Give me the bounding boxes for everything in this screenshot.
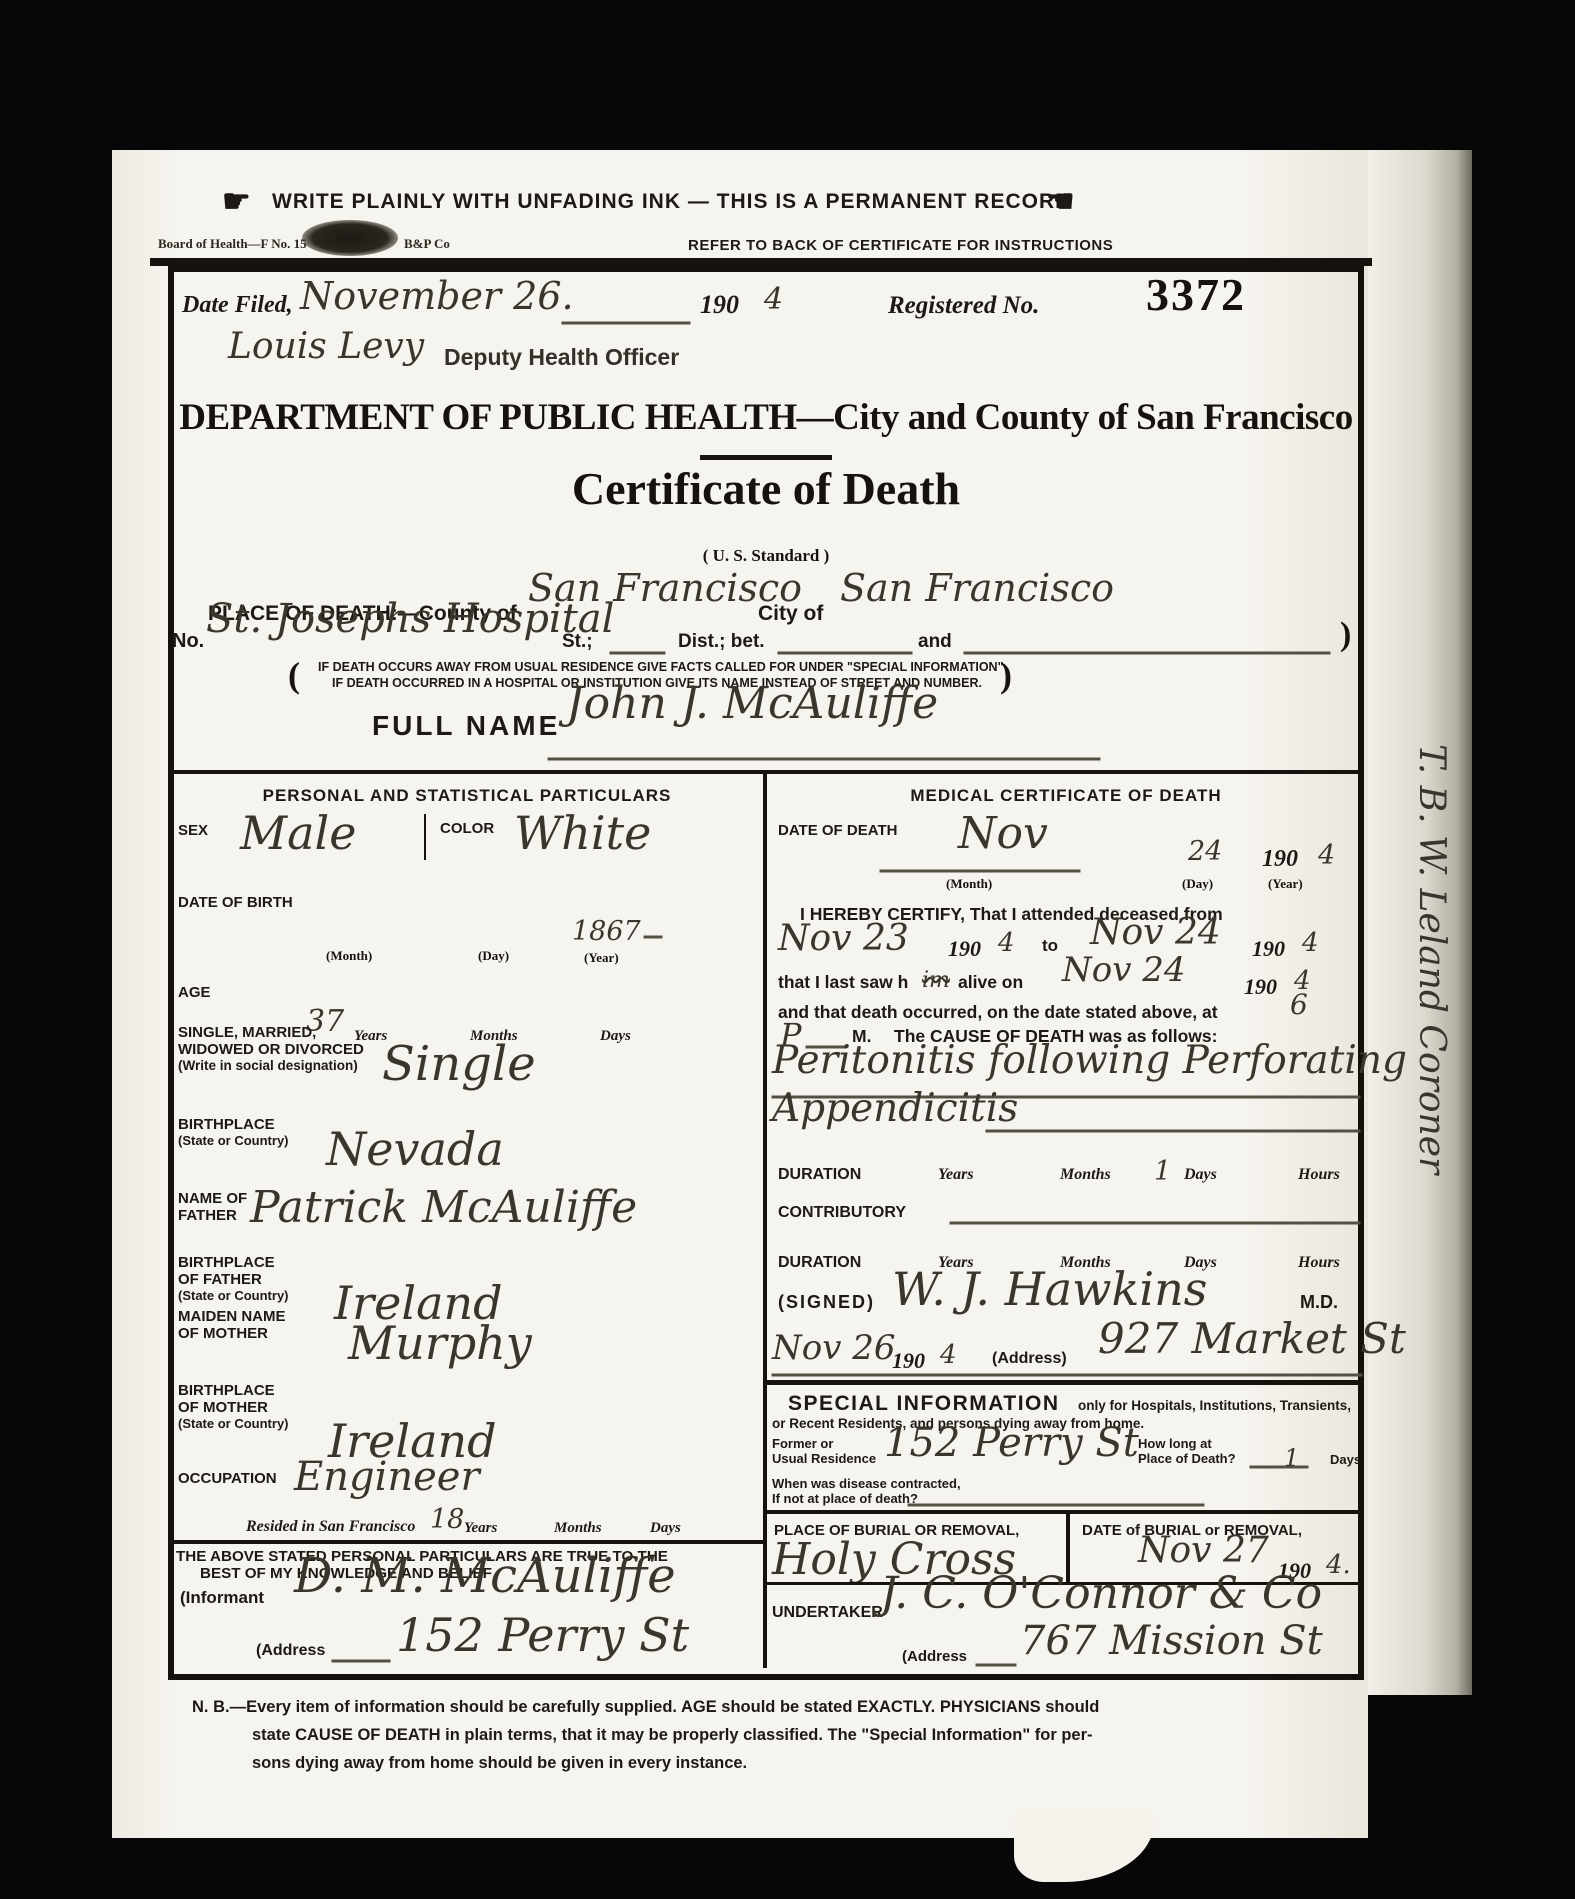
attended-to-year-digit: 4 xyxy=(1302,928,1319,958)
death-day-label: (Day) xyxy=(1182,876,1213,892)
father-birthplace-sub-label: (State or Country) xyxy=(178,1288,289,1303)
certificate-title: Certificate of Death xyxy=(168,462,1364,515)
signed-date: Nov 26 xyxy=(772,1328,896,1368)
duration-label: DURATION xyxy=(778,1166,861,1184)
street-label: St.; xyxy=(562,631,593,653)
contributory-label: CONTRIBUTORY xyxy=(778,1204,906,1222)
death-year-label: (Year) xyxy=(1268,876,1303,892)
year-preprint: 190 xyxy=(700,290,739,320)
attended-to-label: to xyxy=(1042,936,1058,956)
attended-to-year-preprint: 190 xyxy=(1252,936,1285,962)
undertaker-address-value: 767 Mission St xyxy=(1020,1618,1323,1664)
contracted-label-2: If not at place of death? xyxy=(772,1491,918,1506)
date-filed-label: Date Filed, xyxy=(182,292,293,319)
color-value: White xyxy=(514,806,651,860)
attest-rule xyxy=(168,1540,765,1544)
street-line xyxy=(610,652,665,654)
form-reference: Board of Health—F No. 15 xyxy=(158,236,307,252)
last-saw-pronoun: im xyxy=(922,968,950,993)
footnote-line-3: sons dying away from home should be give… xyxy=(252,1754,747,1773)
date-of-death-label: DATE OF DEATH xyxy=(778,822,897,839)
undertaker-value: J. C. O'Connor & Co xyxy=(880,1568,1322,1619)
cause-line-2: Appendicitis xyxy=(772,1086,1018,1131)
and-label: and xyxy=(918,631,952,653)
informant-address-label: (Address xyxy=(256,1642,325,1660)
signed-label: (SIGNED) xyxy=(778,1292,875,1313)
death-day-value: 24 xyxy=(1188,836,1222,867)
mother-maiden-value: Murphy xyxy=(348,1316,532,1370)
duration-months-label: Months xyxy=(1060,1166,1111,1184)
duration2-hours-label: Hours xyxy=(1298,1254,1340,1272)
duration-days-label: Days xyxy=(1184,1166,1217,1184)
former-residence-value: 152 Perry St xyxy=(884,1420,1139,1466)
undertaker-address-line xyxy=(976,1664,1016,1666)
form-reference-printer: B&P Co xyxy=(404,236,450,252)
and-line xyxy=(964,652,1330,654)
marital-label-1: SINGLE, MARRIED, xyxy=(178,1024,316,1041)
father-birthplace-label-1: BIRTHPLACE xyxy=(178,1254,275,1271)
sex-label: SEX xyxy=(178,822,208,839)
attended-from-year-digit: 4 xyxy=(998,928,1015,958)
coroner-margin-annotation: T. B. W. Leland Coroner xyxy=(1411,744,1452,1174)
father-name-label-2: FATHER xyxy=(178,1207,237,1224)
death-month-label: (Month) xyxy=(946,876,992,892)
year-digit: 4 xyxy=(764,282,783,317)
banner-title: WRITE PLAINLY WITH UNFADING INK — THIS I… xyxy=(272,190,1071,214)
occupation-value: Engineer xyxy=(294,1454,480,1500)
certificate-subtitle: ( U. S. Standard ) xyxy=(168,546,1364,566)
last-saw-year-preprint: 190 xyxy=(1244,974,1277,1000)
mother-birthplace-sub-label: (State or Country) xyxy=(178,1416,289,1431)
undertaker-label: UNDERTAKER xyxy=(772,1604,883,1622)
registered-label: Registered No. xyxy=(888,292,1039,320)
contracted-line xyxy=(908,1504,1204,1506)
heading-rule xyxy=(700,455,832,460)
column-divider xyxy=(763,770,767,1668)
color-tick xyxy=(424,814,426,860)
father-birthplace-label-2: OF FATHER xyxy=(178,1271,262,1288)
place-city-value: San Francisco xyxy=(840,566,1114,610)
medical-header: MEDICAL CERTIFICATE OF DEATH xyxy=(772,786,1360,806)
dob-month-label: (Month) xyxy=(326,948,372,964)
marital-value: Single xyxy=(382,1036,536,1092)
resided-years-value: 18 xyxy=(430,1504,464,1535)
how-long-days-label: Days xyxy=(1330,1452,1361,1467)
resided-years-label: Years xyxy=(464,1520,497,1537)
occupation-label: OCCUPATION xyxy=(178,1470,277,1487)
dob-year-label: (Year) xyxy=(584,950,619,966)
death-occurred-text: and that death occurred, on the date sta… xyxy=(778,1002,1218,1023)
special-title: SPECIAL INFORMATION xyxy=(788,1392,1060,1416)
former-residence-label-1: Former or xyxy=(772,1436,833,1451)
manicule-right-icon: ☛ xyxy=(222,182,251,220)
mother-maiden-label-2: OF MOTHER xyxy=(178,1325,268,1342)
personal-header: PERSONAL AND STATISTICAL PARTICULARS xyxy=(174,786,760,806)
informant-address-line xyxy=(332,1660,390,1662)
full-name-value: John J. McAuliffe xyxy=(566,678,938,729)
footnote-line-2: state CAUSE OF DEATH in plain terms, tha… xyxy=(252,1726,1093,1745)
death-year-preprint: 190 xyxy=(1262,846,1298,873)
birthplace-sub-label: (State or Country) xyxy=(178,1133,289,1148)
marital-label-3: (Write in social designation) xyxy=(178,1058,358,1073)
duration2-label: DURATION xyxy=(778,1254,861,1272)
special-top-rule xyxy=(767,1380,1364,1385)
age-label: AGE xyxy=(178,984,211,1001)
note-paren-open: ( xyxy=(288,654,300,696)
duration-hours-label: Hours xyxy=(1298,1166,1340,1184)
informant-signature: D. M. McAuliffe xyxy=(294,1548,676,1604)
scanned-death-certificate: ☛ WRITE PLAINLY WITH UNFADING INK — THIS… xyxy=(0,0,1575,1899)
date-filed-value: November 26. xyxy=(300,274,574,318)
page-curl xyxy=(1014,1810,1154,1882)
how-long-label-1: How long at xyxy=(1138,1436,1212,1451)
signed-year-preprint: 190 xyxy=(892,1348,925,1374)
top-rule xyxy=(150,258,1372,266)
manicule-left-icon: ☚ xyxy=(1046,182,1075,220)
father-name-label-1: NAME OF xyxy=(178,1190,247,1207)
death-year-digit: 4 xyxy=(1318,840,1335,871)
how-long-value: 1 xyxy=(1284,1444,1299,1472)
how-long-line xyxy=(1250,1466,1308,1468)
between-line xyxy=(778,652,912,654)
ink-stamp xyxy=(302,220,398,256)
last-saw-suffix: alive on xyxy=(958,972,1023,993)
physician-address-value: 927 Market St xyxy=(1098,1314,1406,1363)
informant-address-value: 152 Perry St xyxy=(396,1608,689,1662)
place-city-label: City of xyxy=(758,602,823,626)
birthplace-value: Nevada xyxy=(326,1122,504,1176)
department-heading: DEPARTMENT OF PUBLIC HEALTH—City and Cou… xyxy=(168,396,1364,439)
district-label: Dist.; bet. xyxy=(678,631,765,653)
footnote-line-1: N. B.—Every item of information should b… xyxy=(192,1698,1099,1717)
institution-value: St. Josephs Hospital xyxy=(206,596,614,642)
color-label: COLOR xyxy=(440,820,494,837)
father-name-value: Patrick McAuliffe xyxy=(250,1182,637,1233)
birth-year-value: 1867 xyxy=(572,916,641,947)
cause-line-1: Peritonitis following Perforating xyxy=(772,1038,1407,1083)
residence-note-line1: IF DEATH OCCURS AWAY FROM USUAL RESIDENC… xyxy=(318,660,1004,674)
last-saw-date: Nov 24 xyxy=(1062,950,1186,990)
birth-year-dash xyxy=(644,936,662,938)
burial-date-value: Nov 27 xyxy=(1138,1530,1269,1571)
attended-from-year-preprint: 190 xyxy=(948,936,981,962)
paren-close: ) xyxy=(1340,616,1351,654)
dob-day-label: (Day) xyxy=(478,948,509,964)
signed-year-digit: 4 xyxy=(940,1340,957,1370)
death-hour-value: 6 xyxy=(1290,988,1308,1021)
contributory-line xyxy=(950,1222,1360,1224)
sex-value: Male xyxy=(240,806,356,860)
special-title-note-1: only for Hospitals, Institutions, Transi… xyxy=(1078,1398,1351,1413)
full-name-line xyxy=(548,758,1100,760)
resided-label: Resided in San Francisco xyxy=(246,1518,415,1536)
full-name-label: FULL NAME xyxy=(372,710,560,742)
death-month-value: Nov xyxy=(958,808,1048,859)
physician-address-label: (Address) xyxy=(992,1350,1067,1368)
death-month-line xyxy=(880,870,1080,872)
mother-maiden-label-1: MAIDEN NAME xyxy=(178,1308,286,1325)
physician-signature: W. J. Hawkins xyxy=(892,1262,1207,1316)
date-filed-line xyxy=(562,322,690,324)
dob-label: DATE OF BIRTH xyxy=(178,894,293,911)
deputy-signature: Louis Levy xyxy=(228,326,424,367)
age-days-label: Days xyxy=(600,1028,631,1045)
resided-days-label: Days xyxy=(650,1520,681,1537)
duration-days-value: 1 xyxy=(1154,1156,1171,1187)
note-paren-close: ) xyxy=(1000,654,1012,696)
burial-year-digit: 4. xyxy=(1326,1550,1351,1580)
mother-birthplace-label-1: BIRTHPLACE xyxy=(178,1382,275,1399)
deputy-title: Deputy Health Officer xyxy=(444,344,679,371)
md-label: M.D. xyxy=(1300,1292,1338,1313)
attended-to-date: Nov 24 xyxy=(1090,912,1221,953)
former-residence-label-2: Usual Residence xyxy=(772,1451,876,1466)
resided-months-label: Months xyxy=(554,1520,602,1537)
how-long-label-2: Place of Death? xyxy=(1138,1451,1236,1466)
last-saw-prefix: that I last saw h xyxy=(778,972,908,993)
undertaker-address-label: (Address xyxy=(902,1648,967,1665)
registered-number: 3372 xyxy=(1146,268,1246,321)
birthplace-label: BIRTHPLACE xyxy=(178,1116,275,1133)
marital-label-2: WIDOWED OR DIVORCED xyxy=(178,1041,364,1058)
street-no-label: No. xyxy=(172,630,204,653)
signed-row-line xyxy=(772,1374,1362,1376)
cause-line-2-rule xyxy=(986,1130,1360,1132)
attended-from-date: Nov 23 xyxy=(778,918,909,959)
duration-years-label: Years xyxy=(938,1166,974,1184)
refer-instructions: REFER TO BACK OF CERTIFICATE FOR INSTRUC… xyxy=(688,237,1113,254)
mother-birthplace-label-2: OF MOTHER xyxy=(178,1399,268,1416)
contracted-label-1: When was disease contracted, xyxy=(772,1476,961,1491)
informant-label: (Informant xyxy=(180,1588,264,1608)
